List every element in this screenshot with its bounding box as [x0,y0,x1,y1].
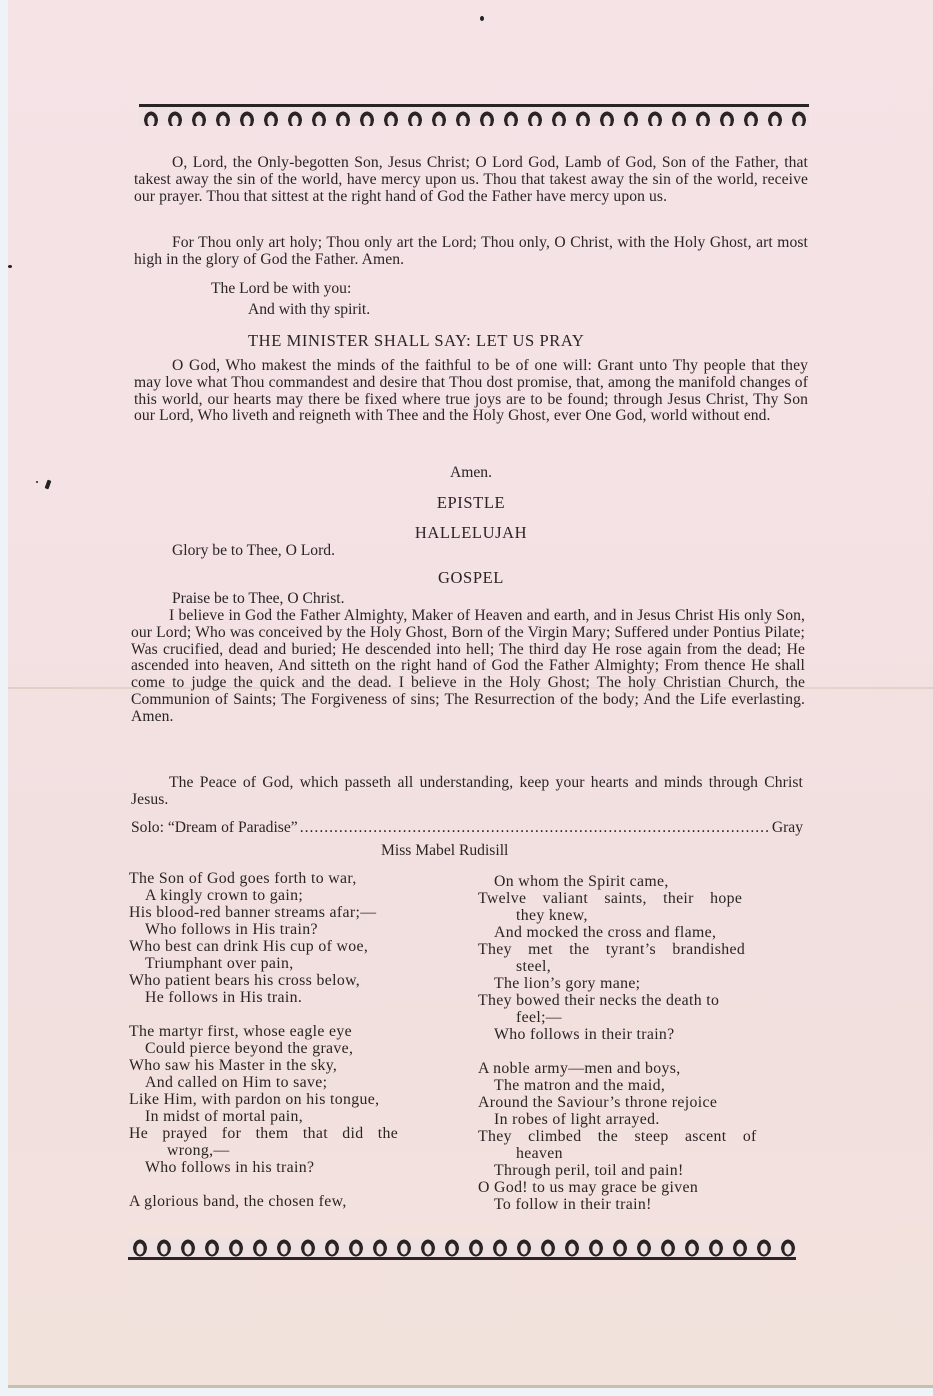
hymn-line: A kingly crown to gain; [129,887,459,904]
ink-speck [45,480,52,490]
hymn-line: they knew, [478,907,804,924]
salutation-response: And with thy spirit. [248,301,370,319]
hymn-line: Around the Saviour’s throne rejoice [478,1094,804,1111]
hymn-line: heaven [478,1145,804,1162]
hymn-line: Through peril, toil and pain! [478,1162,804,1179]
bottom-ornamental-border [128,1238,796,1260]
solo-listing: Solo: “Dream of Paradise” Gray [131,819,803,837]
hymn-line: They met the tyrant’s brandished [478,941,804,958]
hymn-line: Who best can drink His cup of woe, [129,938,459,955]
gospel-heading: GOSPEL [134,568,808,588]
hymn-line: They climbed the steep ascent of [478,1128,804,1145]
hymn-line: Twelve valiant saints, their hope [478,890,804,907]
hymn-line: He prayed for them that did the [129,1125,459,1142]
salutation: The Lord be with you: [211,280,351,298]
hymn-line: He follows in His train. [129,989,459,1006]
hymn-line: Who follows in His train? [129,921,459,938]
solo-composer: Gray [772,819,803,837]
hymn-line: In robes of light arrayed. [478,1111,804,1128]
hymn-line: The martyr first, whose eagle eye [129,1023,459,1040]
hallelujah-heading: HALLELUJAH [134,523,808,543]
hymn-line: Who follows in his train? [129,1159,459,1176]
gloria-paragraph-2: For Thou only art holy; Thou only art th… [134,235,808,269]
hymn-line: wrong,— [129,1142,459,1159]
hymn-line: In midst of mortal pain, [129,1108,459,1125]
hymn-line: A glorious band, the chosen few, [129,1193,459,1210]
hymn-left-column: The Son of God goes forth to war, A king… [129,870,459,1210]
collect-amen: Amen. [134,464,808,482]
hymn-line: His blood-red banner streams afar;— [129,904,459,921]
praise-response: Praise be to Thee, O Christ. [172,590,345,608]
epistle-heading: EPISTLE [134,493,808,513]
hymn-line: The matron and the maid, [478,1077,804,1094]
hymn-line: Who patient bears his cross below, [129,972,459,989]
hymn-line: The Son of God goes forth to war, [129,870,459,887]
hymn-line: The lion’s gory mane; [478,975,804,992]
hymn-line: A noble army—men and boys, [478,1060,804,1077]
ink-speck [480,16,484,21]
hymn-line: They bowed their necks the death to [478,992,804,1009]
ink-speck [8,265,12,268]
apostles-creed: I believe in God the Father Almighty, Ma… [131,608,805,726]
leader-dots [300,819,770,837]
solo-performer: Miss Mabel Rudisill [381,842,508,860]
hymn-line: On whom the Spirit came, [478,873,804,890]
hymn-line: And mocked the cross and flame, [478,924,804,941]
hymn-line: feel;— [478,1009,804,1026]
hymn-line: Who saw his Master in the sky, [129,1057,459,1074]
hymn-line: To follow in their train! [478,1196,804,1213]
glory-response: Glory be to Thee, O Lord. [172,542,335,560]
ink-speck [36,481,38,483]
solo-title: Solo: “Dream of Paradise” [131,819,298,837]
hymn-line: O God! to us may grace be given [478,1179,804,1196]
hymn-line: steel, [478,958,804,975]
hymn-line: Could pierce beyond the grave, [129,1040,459,1057]
hymn-line: Triumphant over pain, [129,955,459,972]
hymn-line: Like Him, with pardon on his tongue, [129,1091,459,1108]
collect-prayer: O God, Who makest the minds of the faith… [134,358,808,425]
hymn-right-column: On whom the Spirit came, Twelve valiant … [478,873,804,1213]
gloria-paragraph-1: O, Lord, the Only-begotten Son, Jesus Ch… [134,155,808,205]
prayer-heading: THE MINISTER SHALL SAY: LET US PRAY [248,331,584,351]
hymn-line: Who follows in their train? [478,1026,804,1043]
benediction: The Peace of God, which passeth all unde… [131,775,803,809]
hymn-line: And called on Him to save; [129,1074,459,1091]
top-ornamental-border [139,104,809,126]
